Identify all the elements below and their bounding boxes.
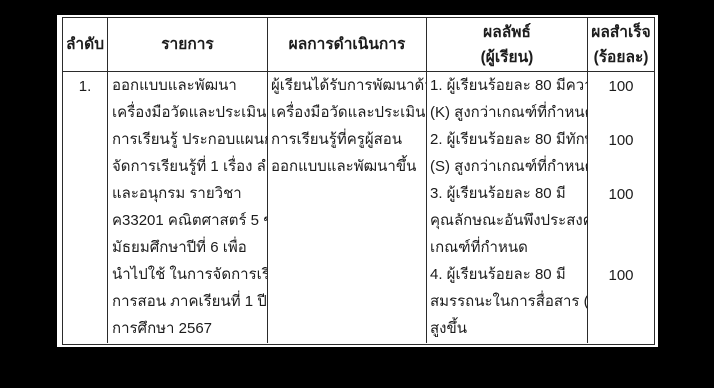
cell-operation: ผู้เรียนได้รับการพัฒนาด้วย เครื่องมือวัด…: [268, 72, 427, 343]
cell-success: 100 100 100 100: [588, 72, 654, 343]
header-cell-success: ผลสำเร็จ (ร้อยละ): [588, 18, 654, 72]
success-value: 100: [588, 73, 654, 100]
outcome-line: 3. ผู้เรียนร้อยละ 80 มี: [427, 180, 587, 207]
header-label: ผลการดำเนินการ: [289, 32, 406, 57]
outcome-line: 4. ผู้เรียนร้อยละ 80 มี: [427, 261, 587, 288]
header-sublabel: (ผู้เรียน): [481, 45, 534, 70]
operation-line: การเรียนรู้ที่ครูผู้สอน: [268, 126, 426, 153]
outcome-line: (K) สูงกว่าเกณฑ์ที่กำหนด: [427, 99, 587, 126]
item-line: ออกแบบและพัฒนา: [108, 72, 267, 99]
operation-line: ออกแบบและพัฒนาขึ้น: [268, 153, 426, 180]
item-line: และอนุกรม รายวิชา: [108, 180, 267, 207]
outcome-line: (S) สูงกว่าเกณฑ์ที่กำหนด: [427, 153, 587, 180]
header-label: ผลสำเร็จ: [591, 20, 650, 45]
order-number: 1.: [63, 73, 107, 100]
cell-item: ออกแบบและพัฒนา เครื่องมือวัดและประเมินผล…: [108, 72, 268, 343]
cell-outcome: 1. ผู้เรียนร้อยละ 80 มีความรู้ (K) สูงกว…: [427, 72, 588, 343]
item-line: การเรียนรู้ ประกอบแผนการ: [108, 126, 267, 153]
header-cell-outcome: ผลลัพธ์ (ผู้เรียน): [427, 18, 588, 72]
item-line: เครื่องมือวัดและประเมินผล: [108, 99, 267, 126]
results-table: ลำดับ รายการ ผลการดำเนินการ ผลลัพธ์ (ผู้…: [62, 17, 655, 345]
header-cell-order: ลำดับ: [63, 18, 108, 72]
outcome-line: เกณฑ์ที่กำหนด: [427, 234, 587, 261]
item-line: การศึกษา 2567: [108, 315, 267, 342]
operation-line: เครื่องมือวัดและประเมินผล: [268, 99, 426, 126]
document-panel: ลำดับ รายการ ผลการดำเนินการ ผลลัพธ์ (ผู้…: [57, 15, 658, 347]
success-value: 100: [588, 127, 654, 154]
cell-order: 1.: [63, 72, 108, 343]
outcome-line: 2. ผู้เรียนร้อยละ 80 มีทักษะ: [427, 126, 587, 153]
outcome-line: 1. ผู้เรียนร้อยละ 80 มีความรู้: [427, 72, 587, 99]
outcome-line: สูงขึ้น: [427, 315, 587, 342]
header-cell-item: รายการ: [108, 18, 268, 72]
success-value: 100: [588, 262, 654, 289]
page-background: ลำดับ รายการ ผลการดำเนินการ ผลลัพธ์ (ผู้…: [0, 0, 714, 388]
item-line: นำไปใช้ ในการจัดการเรียน: [108, 261, 267, 288]
item-line: มัธยมศึกษาปีที่ 6 เพื่อ: [108, 234, 267, 261]
success-value: 100: [588, 181, 654, 208]
outcome-line: สมรรถนะในการสื่อสาร (C): [427, 288, 587, 315]
item-line: จัดการเรียนรู้ที่ 1 เรื่อง ลำดับ: [108, 153, 267, 180]
item-line: ค33201 คณิตศาสตร์ 5 ชั้น: [108, 207, 267, 234]
outcome-line: คุณลักษณะอันพึงประสงค์(A): [427, 207, 587, 234]
header-label: ผลลัพธ์: [483, 20, 531, 45]
operation-line: ผู้เรียนได้รับการพัฒนาด้วย: [268, 72, 426, 99]
header-label: รายการ: [161, 32, 214, 57]
header-sublabel: (ร้อยละ): [594, 45, 649, 70]
item-line: การสอน ภาคเรียนที่ 1 ปี: [108, 288, 267, 315]
header-label: ลำดับ: [66, 32, 104, 57]
header-cell-operation: ผลการดำเนินการ: [268, 18, 427, 72]
